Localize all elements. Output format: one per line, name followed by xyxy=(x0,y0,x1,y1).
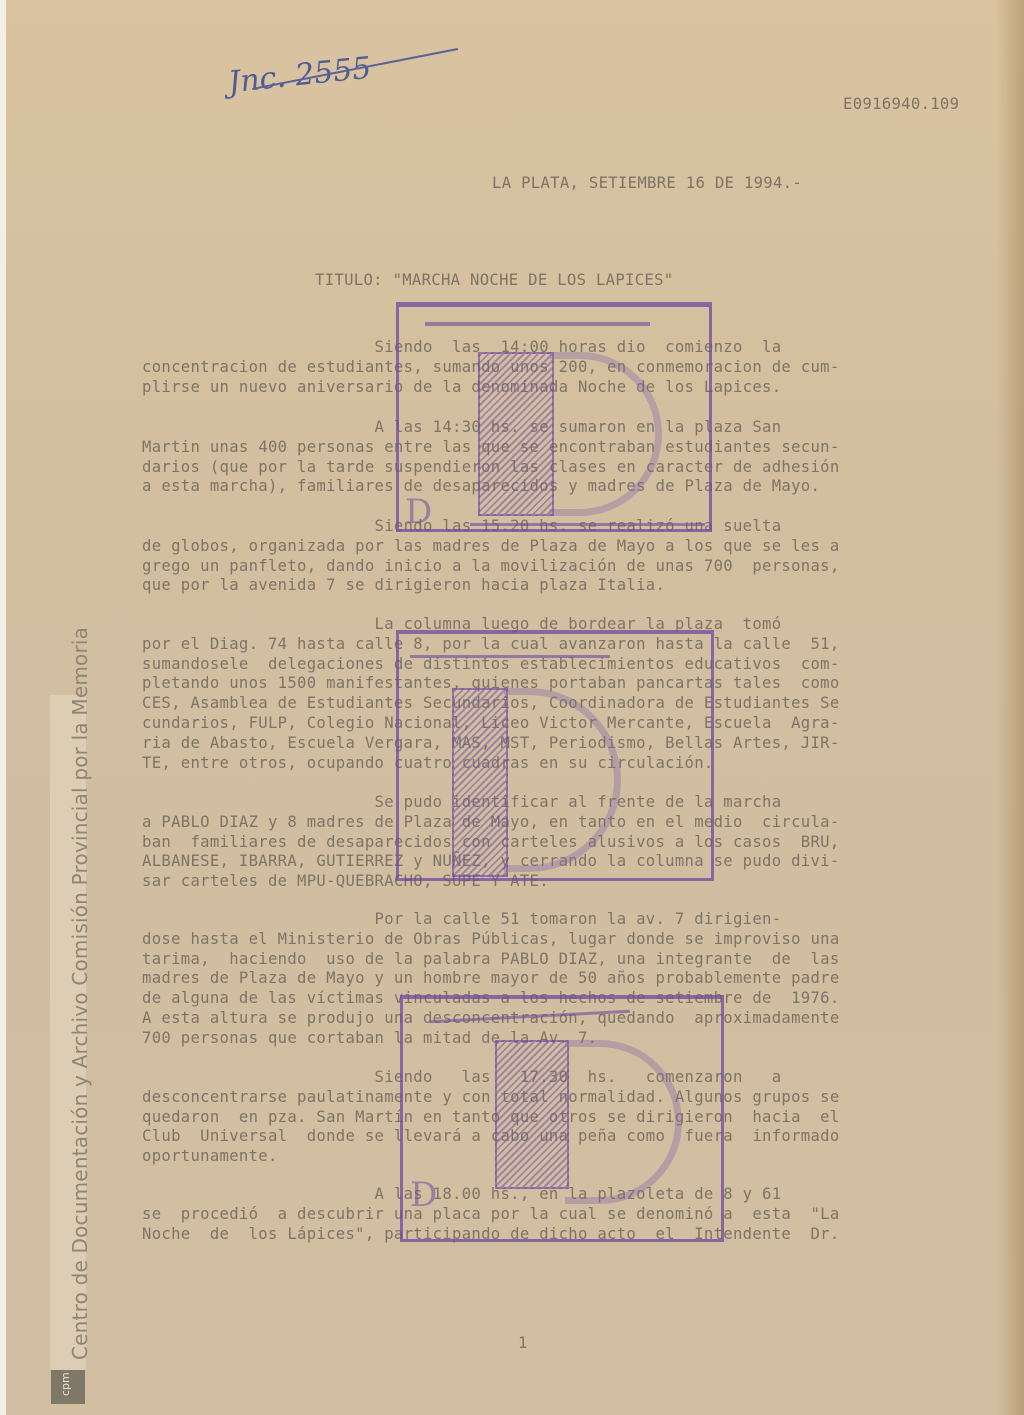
scanned-document-page: Jnc. 2555 E0916940.109 LA PLATA, SETIEMB… xyxy=(0,0,1024,1415)
stamp-small-d: D xyxy=(405,492,432,532)
stamp-line xyxy=(425,322,650,326)
stamp-small-d: D xyxy=(410,1175,437,1215)
cpm-logo: cpm xyxy=(51,1370,85,1404)
body-line: dose hasta el Ministerio de Obras Públic… xyxy=(142,930,840,950)
stamp-line xyxy=(410,655,610,658)
body-line: madres de Plaza de Mayo y un hombre mayo… xyxy=(142,969,840,989)
page-number: 1 xyxy=(518,1334,528,1354)
archive-watermark-text: Centro de Documentación y Archivo Comisi… xyxy=(68,627,92,1360)
body-line: de globos, organizada por las madres de … xyxy=(142,537,840,557)
body-line: grego un panfleto, dando inicio a la mov… xyxy=(142,557,840,577)
body-line: Por la calle 51 tomaron la av. 7 dirigie… xyxy=(142,910,781,930)
handwritten-annotation: Jnc. 2555 xyxy=(227,51,373,101)
body-line: que por la avenida 7 se dirigieron hacia… xyxy=(142,576,665,596)
date-line: LA PLATA, SETIEMBRE 16 DE 1994.- xyxy=(492,174,802,194)
document-title: TITULO: "MARCHA NOCHE DE LOS LAPICES" xyxy=(315,271,673,291)
body-line: tarima, haciendo uso de la palabra PABLO… xyxy=(142,950,840,970)
stamp-line xyxy=(470,523,705,526)
stamp-d-hatched-stem xyxy=(495,1040,569,1189)
page-left-edge xyxy=(0,0,6,1415)
page-right-edge-shadow xyxy=(996,0,1024,1415)
stamp-d-hatched-stem xyxy=(478,352,554,516)
stamp-d-hatched-stem xyxy=(452,688,508,877)
body-line: oportunamente. xyxy=(142,1147,278,1167)
reference-code: E0916940.109 xyxy=(843,95,959,115)
